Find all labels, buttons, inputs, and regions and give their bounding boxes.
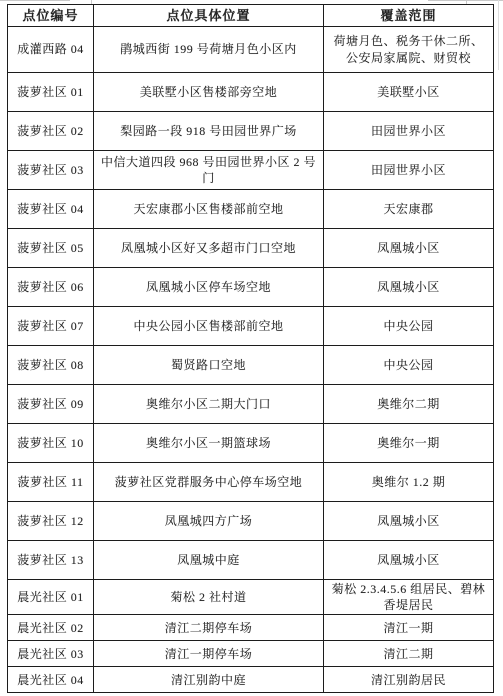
- table-row: 晨光社区 04 清江别韵中庭 清江别韵居民: [8, 667, 494, 693]
- coverage-cell: 凤凰城小区: [324, 268, 494, 307]
- location-cell: 蜀贤路口空地: [94, 346, 324, 385]
- coverage-cell: 田园世界小区: [324, 112, 494, 151]
- table-row: 菠萝社区 10 奥维尔小区一期篮球场 奥维尔一期: [8, 424, 494, 463]
- coverage-points-table: 点位编号 点位具体位置 覆盖范围 成灌西路 04 鹃城西街 199 号荷塘月色小…: [7, 4, 494, 693]
- table-header-row: 点位编号 点位具体位置 覆盖范围: [8, 5, 494, 27]
- table-row: 菠萝社区 07 中央公园小区售楼部前空地 中央公园: [8, 307, 494, 346]
- scanned-document-page: 点位编号 点位具体位置 覆盖范围 成灌西路 04 鹃城西街 199 号荷塘月色小…: [0, 0, 503, 696]
- location-cell: 中信大道四段 968 号田园世界小区 2 号门: [94, 151, 324, 190]
- point-id-cell: 晨光社区 02: [8, 615, 94, 641]
- location-cell: 清江二期停车场: [94, 615, 324, 641]
- location-cell: 奥维尔小区一期篮球场: [94, 424, 324, 463]
- location-cell: 凤凰城小区好又多超市门口空地: [94, 229, 324, 268]
- coverage-cell: 奥维尔 1.2 期: [324, 463, 494, 502]
- coverage-cell: 天宏康郡: [324, 190, 494, 229]
- point-id-cell: 菠萝社区 02: [8, 112, 94, 151]
- point-id-cell: 晨光社区 01: [8, 580, 94, 615]
- coverage-cell: 美联墅小区: [324, 73, 494, 112]
- table-row: 菠萝社区 04 天宏康郡小区售楼部前空地 天宏康郡: [8, 190, 494, 229]
- point-id-cell: 菠萝社区 11: [8, 463, 94, 502]
- coverage-cell: 荷塘月色、税务干休二所、公安局家属院、财贸校: [324, 27, 494, 73]
- table-row: 晨光社区 03 清江一期停车场 清江二期: [8, 641, 494, 667]
- location-cell: 美联墅小区售楼部旁空地: [94, 73, 324, 112]
- table-row: 菠萝社区 01 美联墅小区售楼部旁空地 美联墅小区: [8, 73, 494, 112]
- table-row: 菠萝社区 12 凤凰城四方广场 凤凰城小区: [8, 502, 494, 541]
- col-header-coverage: 覆盖范围: [324, 5, 494, 27]
- location-cell: 凤凰城四方广场: [94, 502, 324, 541]
- coverage-cell: 清江一期: [324, 615, 494, 641]
- coverage-cell: 奥维尔二期: [324, 385, 494, 424]
- point-id-cell: 菠萝社区 07: [8, 307, 94, 346]
- scan-artifact-vertical-right: [498, 0, 499, 70]
- table-row: 菠萝社区 05 凤凰城小区好又多超市门口空地 凤凰城小区: [8, 229, 494, 268]
- coverage-cell: 凤凰城小区: [324, 541, 494, 580]
- coverage-cell: 凤凰城小区: [324, 502, 494, 541]
- table-row: 菠萝社区 11 菠萝社区党群服务中心停车场空地 奥维尔 1.2 期: [8, 463, 494, 502]
- table-row: 菠萝社区 02 梨园路一段 918 号田园世界广场 田园世界小区: [8, 112, 494, 151]
- point-id-cell: 菠萝社区 10: [8, 424, 94, 463]
- point-id-cell: 菠萝社区 03: [8, 151, 94, 190]
- col-header-location: 点位具体位置: [94, 5, 324, 27]
- table-row: 菠萝社区 13 凤凰城中庭 凤凰城小区: [8, 541, 494, 580]
- location-cell: 菠萝社区党群服务中心停车场空地: [94, 463, 324, 502]
- coverage-cell: 清江二期: [324, 641, 494, 667]
- table-row: 菠萝社区 06 凤凰城小区停车场空地 凤凰城小区: [8, 268, 494, 307]
- location-cell: 菊松 2 社村道: [94, 580, 324, 615]
- coverage-cell: 凤凰城小区: [324, 229, 494, 268]
- coverage-cell: 清江别韵居民: [324, 667, 494, 693]
- table-row: 成灌西路 04 鹃城西街 199 号荷塘月色小区内 荷塘月色、税务干休二所、公安…: [8, 27, 494, 73]
- table-row: 菠萝社区 03 中信大道四段 968 号田园世界小区 2 号门 田园世界小区: [8, 151, 494, 190]
- location-cell: 清江别韵中庭: [94, 667, 324, 693]
- coverage-cell: 田园世界小区: [324, 151, 494, 190]
- point-id-cell: 菠萝社区 12: [8, 502, 94, 541]
- coverage-cell: 菊松 2.3.4.5.6 组居民、碧林香堤居民: [324, 580, 494, 615]
- table-row: 晨光社区 02 清江二期停车场 清江一期: [8, 615, 494, 641]
- table-row: 菠萝社区 08 蜀贤路口空地 中央公园: [8, 346, 494, 385]
- point-id-cell: 菠萝社区 08: [8, 346, 94, 385]
- point-id-cell: 菠萝社区 06: [8, 268, 94, 307]
- coverage-cell: 中央公园: [324, 346, 494, 385]
- table-row: 菠萝社区 09 奥维尔小区二期大门口 奥维尔二期: [8, 385, 494, 424]
- location-cell: 凤凰城小区停车场空地: [94, 268, 324, 307]
- coverage-cell: 奥维尔一期: [324, 424, 494, 463]
- point-id-cell: 菠萝社区 04: [8, 190, 94, 229]
- point-id-cell: 晨光社区 04: [8, 667, 94, 693]
- location-cell: 中央公园小区售楼部前空地: [94, 307, 324, 346]
- point-id-cell: 成灌西路 04: [8, 27, 94, 73]
- coverage-cell: 中央公园: [324, 307, 494, 346]
- location-cell: 奥维尔小区二期大门口: [94, 385, 324, 424]
- point-id-cell: 菠萝社区 01: [8, 73, 94, 112]
- location-cell: 鹃城西街 199 号荷塘月色小区内: [94, 27, 324, 73]
- scan-artifact-top-left: [0, 0, 70, 1]
- col-header-point-id: 点位编号: [8, 5, 94, 27]
- point-id-cell: 菠萝社区 13: [8, 541, 94, 580]
- location-cell: 梨园路一段 918 号田园世界广场: [94, 112, 324, 151]
- location-cell: 天宏康郡小区售楼部前空地: [94, 190, 324, 229]
- point-id-cell: 菠萝社区 09: [8, 385, 94, 424]
- location-cell: 凤凰城中庭: [94, 541, 324, 580]
- location-cell: 清江一期停车场: [94, 641, 324, 667]
- point-id-cell: 晨光社区 03: [8, 641, 94, 667]
- table-row: 晨光社区 01 菊松 2 社村道 菊松 2.3.4.5.6 组居民、碧林香堤居民: [8, 580, 494, 615]
- point-id-cell: 菠萝社区 05: [8, 229, 94, 268]
